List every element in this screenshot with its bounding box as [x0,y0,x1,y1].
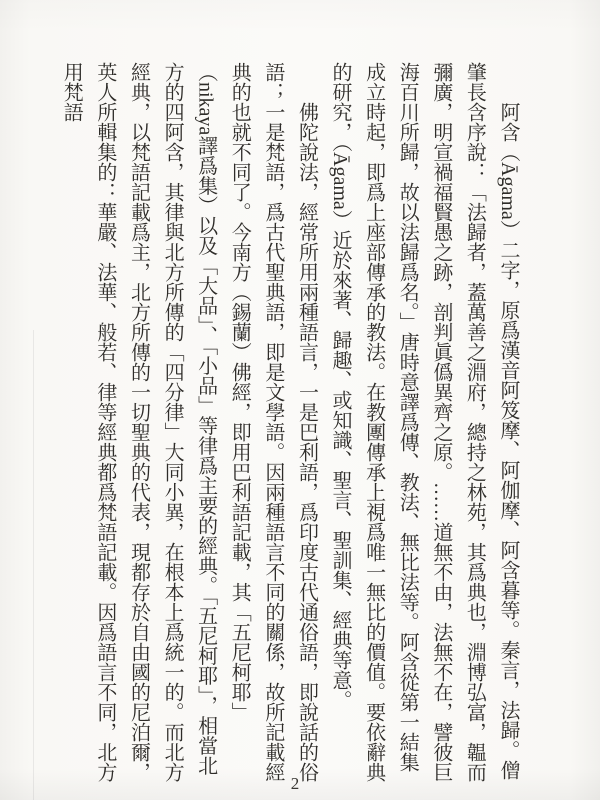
scan-artifact-line [33,330,34,800]
vertical-text-body: 阿含（Āgama）二字，原爲漢音阿笈摩、阿伽摩、阿含暮等。秦言，法歸。僧肇長含序… [86,62,524,784]
scanned-book-page: 阿含（Āgama）二字，原爲漢音阿笈摩、阿伽摩、阿含暮等。秦言，法歸。僧肇長含序… [0,0,600,800]
page-number: 2 [0,774,590,794]
paragraph-two-languages: 佛陀說法，經常所用兩種語言，一是巴利語，爲印度古代通俗語，即說話的俗語；一是梵語… [54,62,323,784]
paragraph-agama-etymology: 阿含（Āgama）二字，原爲漢音阿笈摩、阿伽摩、阿含暮等。秦言，法歸。僧肇長含序… [322,62,524,784]
